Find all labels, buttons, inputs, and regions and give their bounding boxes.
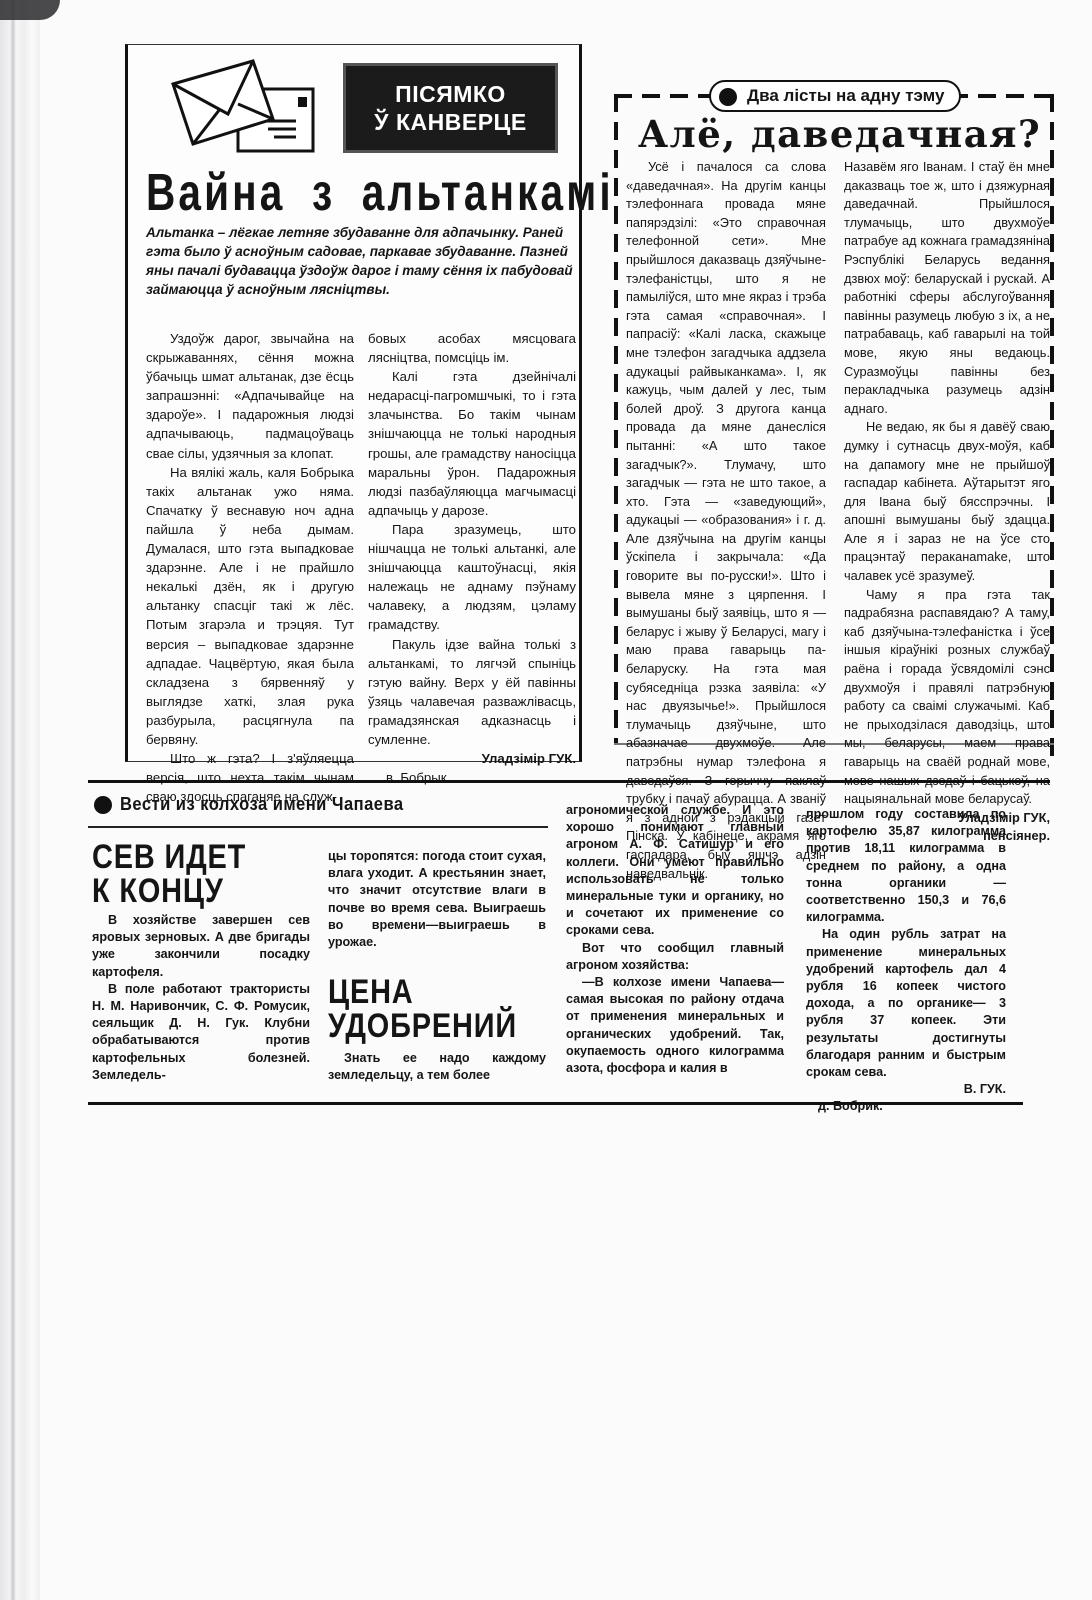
article-column-2b: Знать ее надо каждому земледельцу, а тем…	[328, 1050, 546, 1084]
author-signature: В. ГУК.	[806, 1081, 1006, 1098]
clipping-war-with-gazebos: ПІСЯМКО Ў КАНВЕРЦЕ Вайназальтанкамі Альт…	[125, 44, 582, 762]
rubric-label: Два лісты на адну тэму	[747, 86, 945, 106]
lead-paragraph: Альтанка – лёгкае летняе збудаванне для …	[146, 223, 576, 299]
rubric-line-1: ПІСЯМКО	[395, 80, 506, 108]
paragraph: Калі гэта дзейнічалі недарасці-пагромшчы…	[368, 367, 576, 520]
paragraph: Пакуль ідзе вайна толькі з альтанкамі, т…	[368, 635, 576, 750]
envelope-icon	[168, 59, 318, 159]
paragraph: Усё і пачалося са слова «даведачная». На…	[626, 158, 826, 883]
article-column-2: цы торопятся: погода стоит сухая, влага …	[328, 848, 546, 951]
paragraph: Вот что сообщил главный агроном хозяйств…	[566, 940, 784, 974]
rubric-line-2: Ў КАНВЕРЦЕ	[374, 108, 526, 136]
scanned-page-edge	[0, 0, 40, 1600]
paragraph: прошлом году составила по картофелю 35,8…	[806, 806, 1006, 926]
headline-sowing: СЕВ ИДЕТ К КОНЦУ	[92, 840, 246, 908]
paragraph: На один рубль затрат на применение минер…	[806, 926, 1006, 1081]
headline-line: К КОНЦУ	[92, 874, 246, 908]
headline-line: УДОБРЕНИЙ	[328, 1009, 517, 1043]
paragraph: агрономической службе. И это хорошо пони…	[566, 802, 784, 940]
paragraph: Чаму я пра гэта так падрабязна распавяда…	[844, 586, 1050, 809]
rubric-two-letters: Два лісты на адну тэму	[709, 80, 961, 112]
rubric-letter-in-envelope: ПІСЯМКО Ў КАНВЕРЦЕ	[343, 63, 558, 153]
paragraph: —В колхозе имени Чапаева—самая высокая п…	[566, 974, 784, 1077]
headline-line: ЦЕНА	[328, 975, 517, 1009]
headline-line: СЕВ ИДЕТ	[92, 840, 246, 874]
paragraph: На вялікі жаль, каля Бобрыка такіх альта…	[146, 463, 354, 749]
paragraph: Уздоўж дарог, звычайна на скрыжаваннях, …	[146, 329, 354, 463]
headline-word: альтанкамі	[362, 163, 614, 223]
rubric-label: Вести из колхоза имени Чапаева	[120, 794, 404, 815]
bullet-icon	[94, 796, 112, 814]
headline: Алё, даведачная?	[638, 112, 1041, 156]
paragraph: Пара зразумець, што нішчацца не толькі а…	[368, 520, 576, 635]
paragraph: В хозяйстве завершен сев яровых зерновых…	[92, 912, 310, 981]
article-column-1: Уздоўж дарог, звычайна на скрыжаваннях, …	[146, 329, 354, 806]
dashed-border	[1050, 94, 1054, 759]
headline-word: з	[312, 163, 335, 223]
author-signature: Уладзімір ГУК.	[368, 749, 576, 768]
clipping-chapaev-kolkhoz-news: Вести из колхоза имени Чапаева СЕВ ИДЕТ …	[88, 780, 1050, 1105]
article-column-4: прошлом году составила по картофелю 35,8…	[806, 806, 1006, 1116]
bullet-icon	[719, 88, 737, 106]
paragraph: В поле работают трактористы Н. М. Нариво…	[92, 981, 310, 1084]
clipping-hello-information-desk: Два лісты на адну тэму Алё, даведачная? …	[614, 94, 1054, 759]
rule-line	[88, 826, 548, 828]
paragraph: цы торопятся: погода стоит сухая, влага …	[328, 848, 546, 951]
rule-line	[88, 1102, 1023, 1105]
paragraph: Знать ее надо каждому земледельцу, а тем…	[328, 1050, 546, 1084]
paragraph: бовых асобах мясцовага лясніцтва, помсці…	[368, 329, 576, 367]
article-column-2: бовых асобах мясцовага лясніцтва, помсці…	[368, 329, 576, 787]
rubric-kolkhoz-news: Вести из колхоза имени Чапаева	[94, 794, 428, 815]
paragraph: Назавём яго Іванам. І стаў ён мне даказв…	[844, 158, 1050, 418]
article-column-1: Усё і пачалося са слова «даведачная». На…	[626, 158, 826, 883]
headline-fertilizer-price: ЦЕНА УДОБРЕНИЙ	[328, 975, 517, 1043]
headline: Вайназальтанкамі	[146, 163, 474, 223]
rule-line	[88, 780, 1050, 783]
paragraph: Не ведаю, як бы я давёў сваю думку і сут…	[844, 418, 1050, 585]
article-column-1: В хозяйстве завершен сев яровых зерновых…	[92, 912, 310, 1084]
dashed-border	[614, 94, 618, 744]
article-column-2: Назавём яго Іванам. І стаў ён мне даказв…	[844, 158, 1050, 846]
headline-word: Вайна	[146, 163, 285, 223]
article-column-3: агрономической службе. И это хорошо пони…	[566, 802, 784, 1077]
